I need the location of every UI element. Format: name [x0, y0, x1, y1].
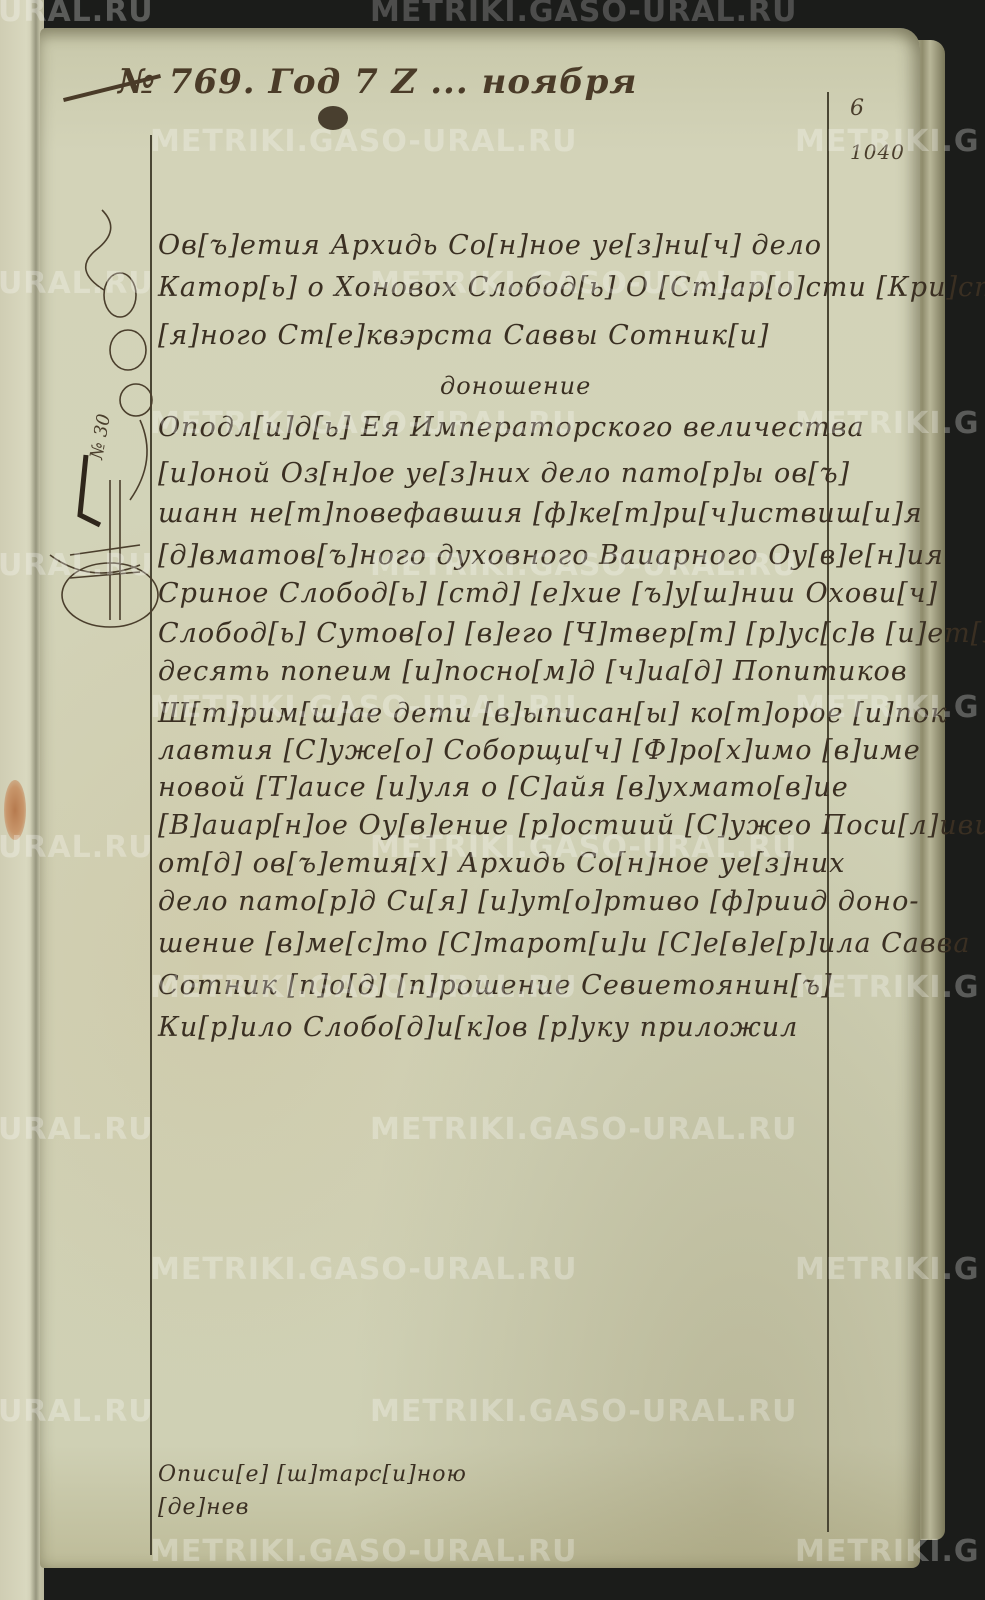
footer-note-line-2: [де]нев — [158, 1495, 249, 1520]
text-line: [и]оной Оз[н]ое уе[з]них дело пато[р]ы о… — [158, 458, 850, 489]
folio-mark: 6 — [850, 96, 865, 121]
text-line: Катор[ь] о Хоновох Слобод[ь] О [Ст]ар[о]… — [158, 272, 985, 303]
folio-number: 1040 — [850, 140, 905, 164]
document-title: доношение — [440, 372, 591, 400]
text-line: [д]вматов[ъ]ного духовного Ваиарного Оу[… — [158, 540, 944, 571]
margin-note: № 30 — [86, 412, 115, 462]
text-line: Сриное Слобод[ь] [стд] [е]хие [ъ]у[ш]нии… — [158, 578, 938, 609]
text-line: [В]аиар[н]ое Оу[в]ение [р]остиий [С]ужео… — [158, 810, 985, 841]
text-line: от[д] ов[ъ]етия[х] Архидь Со[н]ное уе[з]… — [158, 848, 845, 879]
text-line: Слобод[ь] Сутов[о] [в]его [Ч]твер[т] [р]… — [158, 618, 985, 649]
binding-fold — [30, 0, 40, 1600]
text-line: Оподл[и]д[ь] Ея Императорского величеств… — [158, 412, 865, 443]
text-line: шанн не[т]повефавшия [ф]ке[т]ри[ч]иствиш… — [158, 498, 923, 529]
footer-note-line-1: Описи[е] [ш]тарс[и]ною — [158, 1462, 467, 1487]
text-line: новой [Т]аисе [и]уля о [С]айя [в]ухмато[… — [158, 772, 849, 803]
text-line: Ш[т]рим[ш]ае дети [в]ыписан[ы] ко[т]орое… — [158, 698, 947, 729]
page-header: № 769. Год 7 Z ... ноября — [118, 62, 637, 102]
watermark: METRIKI.GASO-URAL.RU — [370, 0, 798, 29]
manuscript-scan: № 769. Год 7 Z ... ноября 6 1040 № 30 Ов… — [0, 0, 985, 1600]
paper-stain — [4, 780, 26, 840]
text-line: Ов[ъ]етия Архидь Со[н]ное уе[з]ни[ч] дел… — [158, 230, 822, 261]
text-line: шение [в]ме[с]то [С]тарот[и]и [С]е[в]е[р… — [158, 928, 970, 959]
ink-blot — [318, 106, 348, 130]
marginal-signature-flourish: № 30 — [40, 200, 160, 640]
text-line: [я]ного Ст[е]квэрста Саввы Сотник[и] — [158, 320, 769, 351]
text-line: десять попеим [и]посно[м]д [ч]иа[д] Попи… — [158, 656, 908, 687]
text-line: Ки[р]ило Слобо[д]и[к]ов [р]уку приложил — [158, 1012, 798, 1043]
text-line: Сотник [п]о[д] [п]рошение Севиетоянин[ъ] — [158, 970, 833, 1001]
text-line: дело пато[р]д Си[я] [и]ут[о]ртиво [ф]рии… — [158, 886, 919, 917]
text-line: лавтия [С]уже[о] Соборщи[ч] [Ф]ро[х]имо … — [158, 735, 921, 766]
